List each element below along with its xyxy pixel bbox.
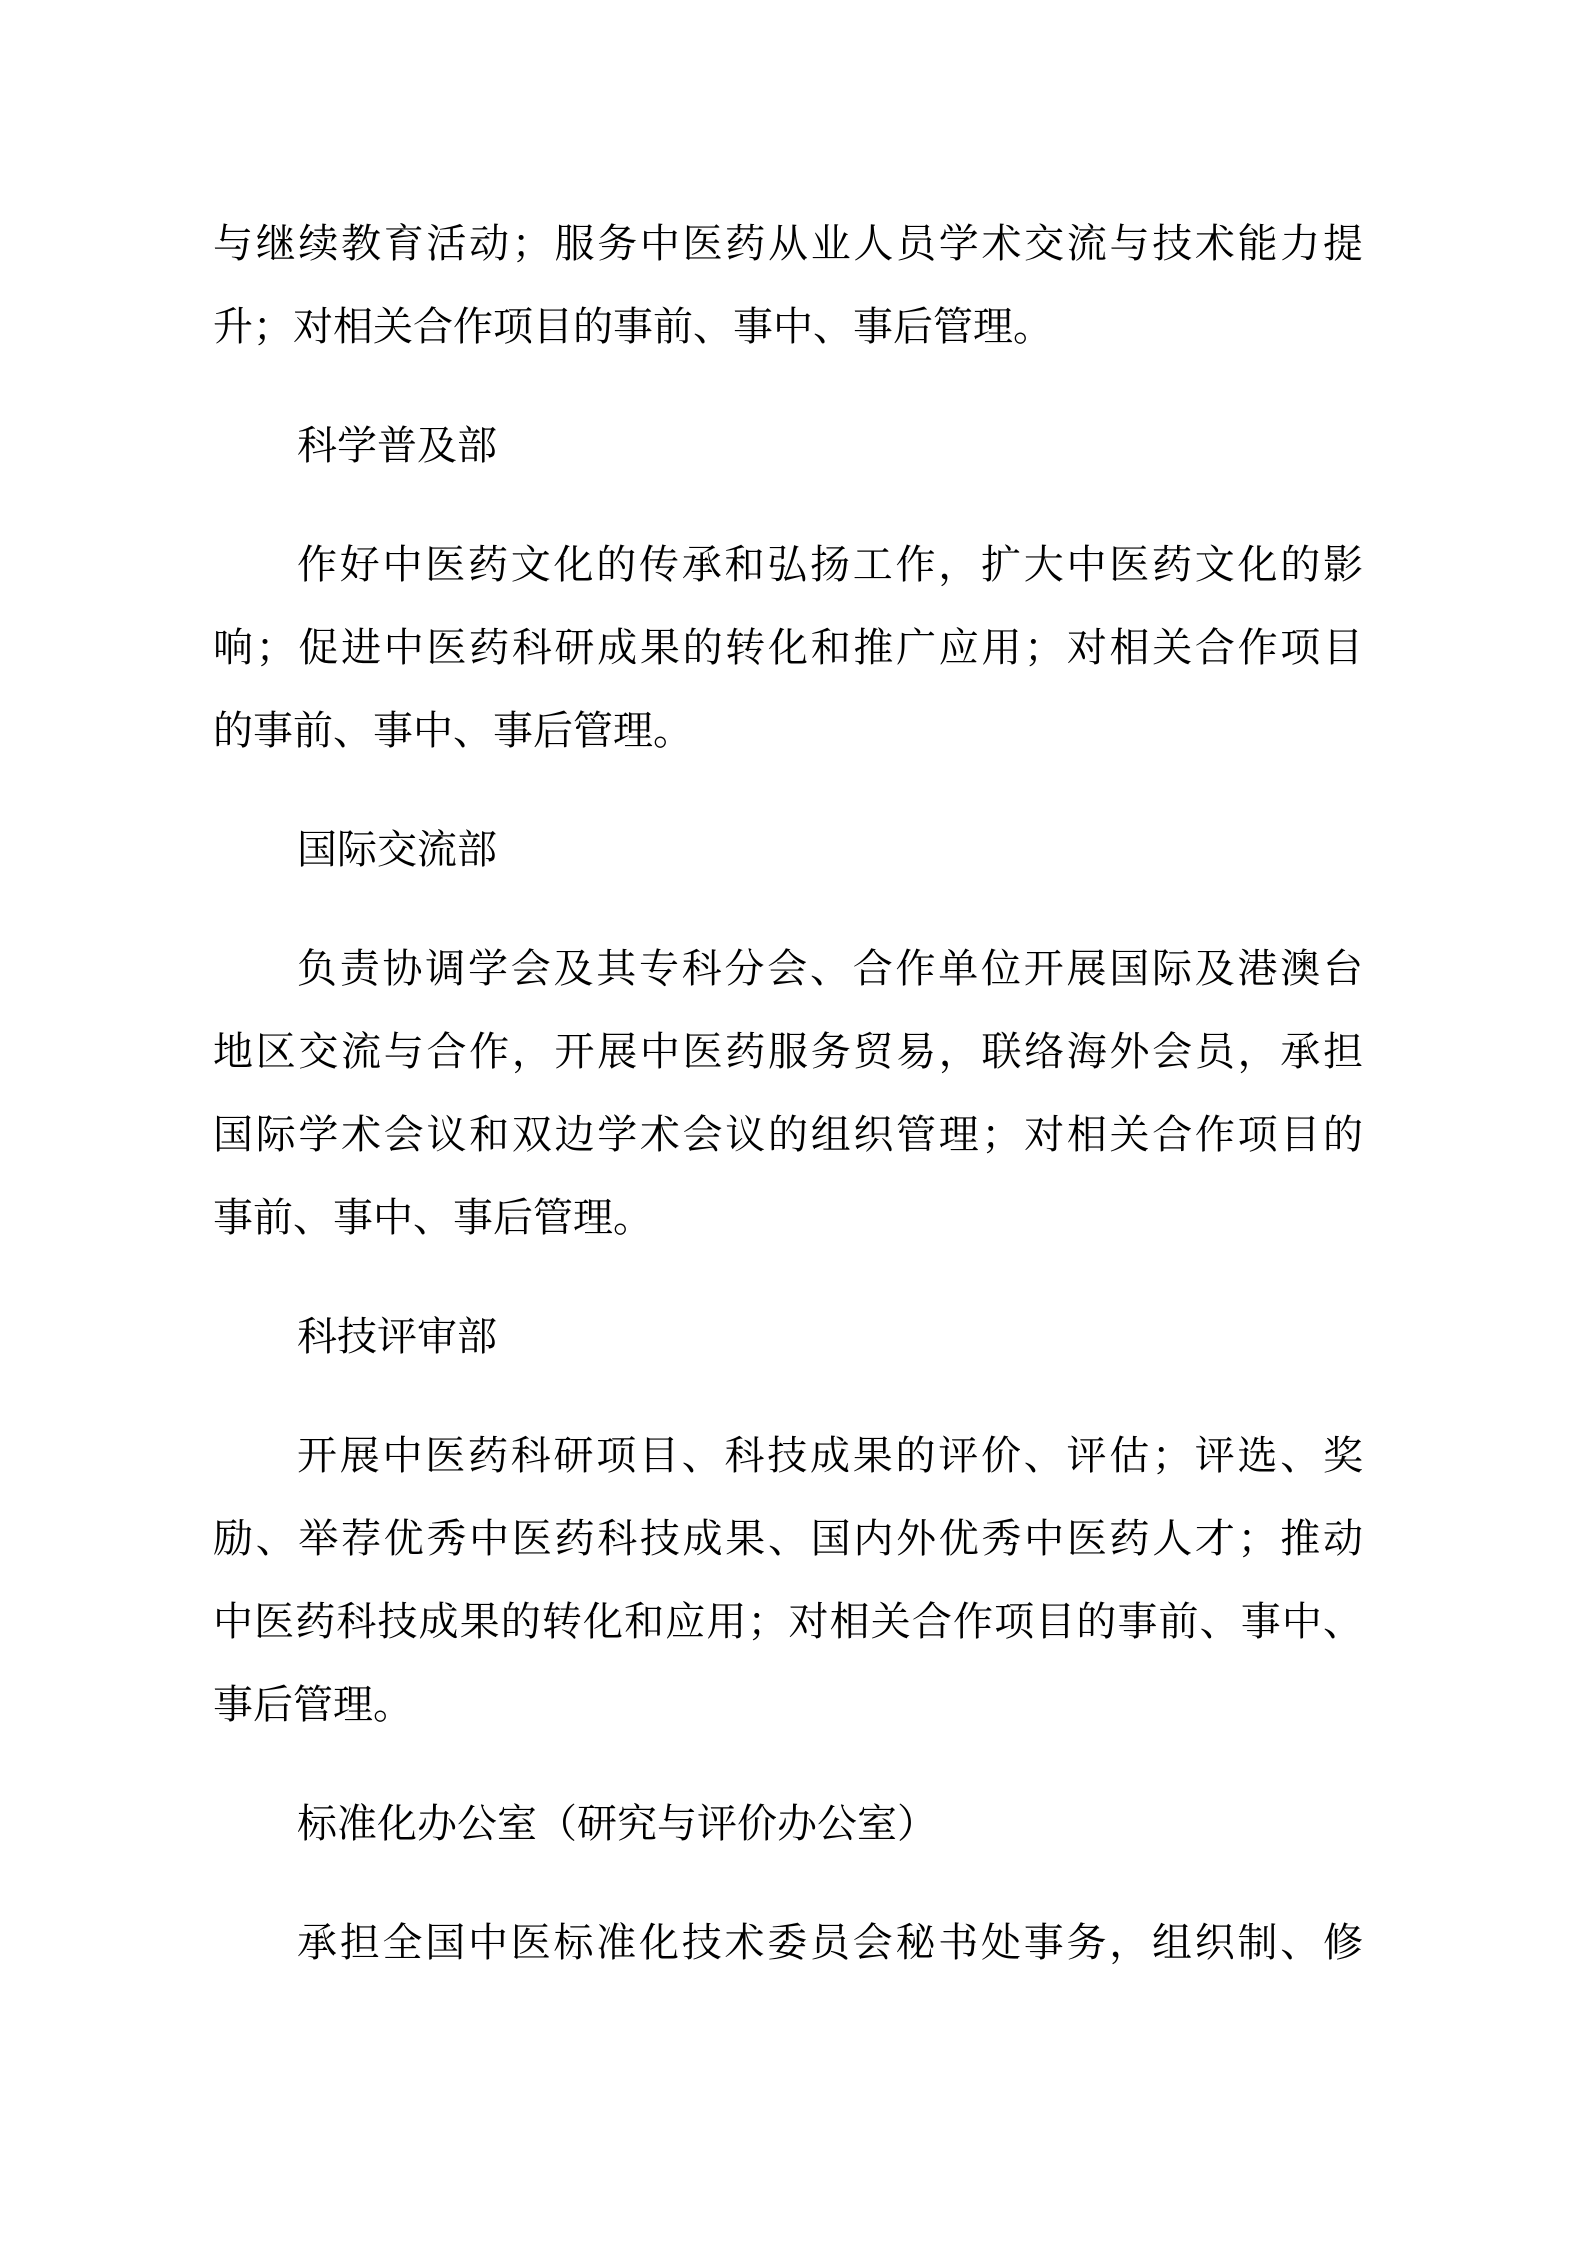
text-line: 标准化办公室（研究与评价办公室） [213,1782,1363,1865]
text-line: 的事前、事中、事后管理。 [213,689,1363,772]
paragraph: 与继续教育活动；服务中医药从业人员学术交流与技术能力提升；对相关合作项目的事前、… [213,202,1363,368]
text-line: 事后管理。 [213,1663,1363,1746]
text-body: 与继续教育活动；服务中医药从业人员学术交流与技术能力提升；对相关合作项目的事前、… [213,202,1363,1984]
paragraph: 作好中医药文化的传承和弘扬工作，扩大中医药文化的影响；促进中医药科研成果的转化和… [213,523,1363,772]
text-line: 国际交流部 [213,808,1363,891]
section-heading: 标准化办公室（研究与评价办公室） [213,1782,1363,1865]
text-line: 科技评审部 [213,1295,1363,1378]
text-line: 响；促进中医药科研成果的转化和推广应用；对相关合作项目 [213,606,1363,689]
paragraph: 开展中医药科研项目、科技成果的评价、评估；评选、奖励、举荐优秀中医药科技成果、国… [213,1414,1363,1746]
text-line: 与继续教育活动；服务中医药从业人员学术交流与技术能力提 [213,202,1363,285]
document-page: 与继续教育活动；服务中医药从业人员学术交流与技术能力提升；对相关合作项目的事前、… [0,0,1587,2245]
text-line: 承担全国中医标准化技术委员会秘书处事务，组织制、修 [213,1901,1363,1984]
section-heading: 科技评审部 [213,1295,1363,1378]
paragraph: 负责协调学会及其专科分会、合作单位开展国际及港澳台地区交流与合作，开展中医药服务… [213,927,1363,1259]
section-heading: 科学普及部 [213,404,1363,487]
text-line: 开展中医药科研项目、科技成果的评价、评估；评选、奖 [213,1414,1363,1497]
text-line: 励、举荐优秀中医药科技成果、国内外优秀中医药人才；推动 [213,1497,1363,1580]
text-line: 国际学术会议和双边学术会议的组织管理；对相关合作项目的 [213,1093,1363,1176]
text-line: 升；对相关合作项目的事前、事中、事后管理。 [213,285,1363,368]
text-line: 地区交流与合作，开展中医药服务贸易，联络海外会员，承担 [213,1010,1363,1093]
text-line: 作好中医药文化的传承和弘扬工作，扩大中医药文化的影 [213,523,1363,606]
text-line: 负责协调学会及其专科分会、合作单位开展国际及港澳台 [213,927,1363,1010]
text-line: 科学普及部 [213,404,1363,487]
paragraph: 承担全国中医标准化技术委员会秘书处事务，组织制、修 [213,1901,1363,1984]
section-heading: 国际交流部 [213,808,1363,891]
text-line: 中医药科技成果的转化和应用；对相关合作项目的事前、事中、 [213,1580,1363,1663]
text-line: 事前、事中、事后管理。 [213,1176,1363,1259]
